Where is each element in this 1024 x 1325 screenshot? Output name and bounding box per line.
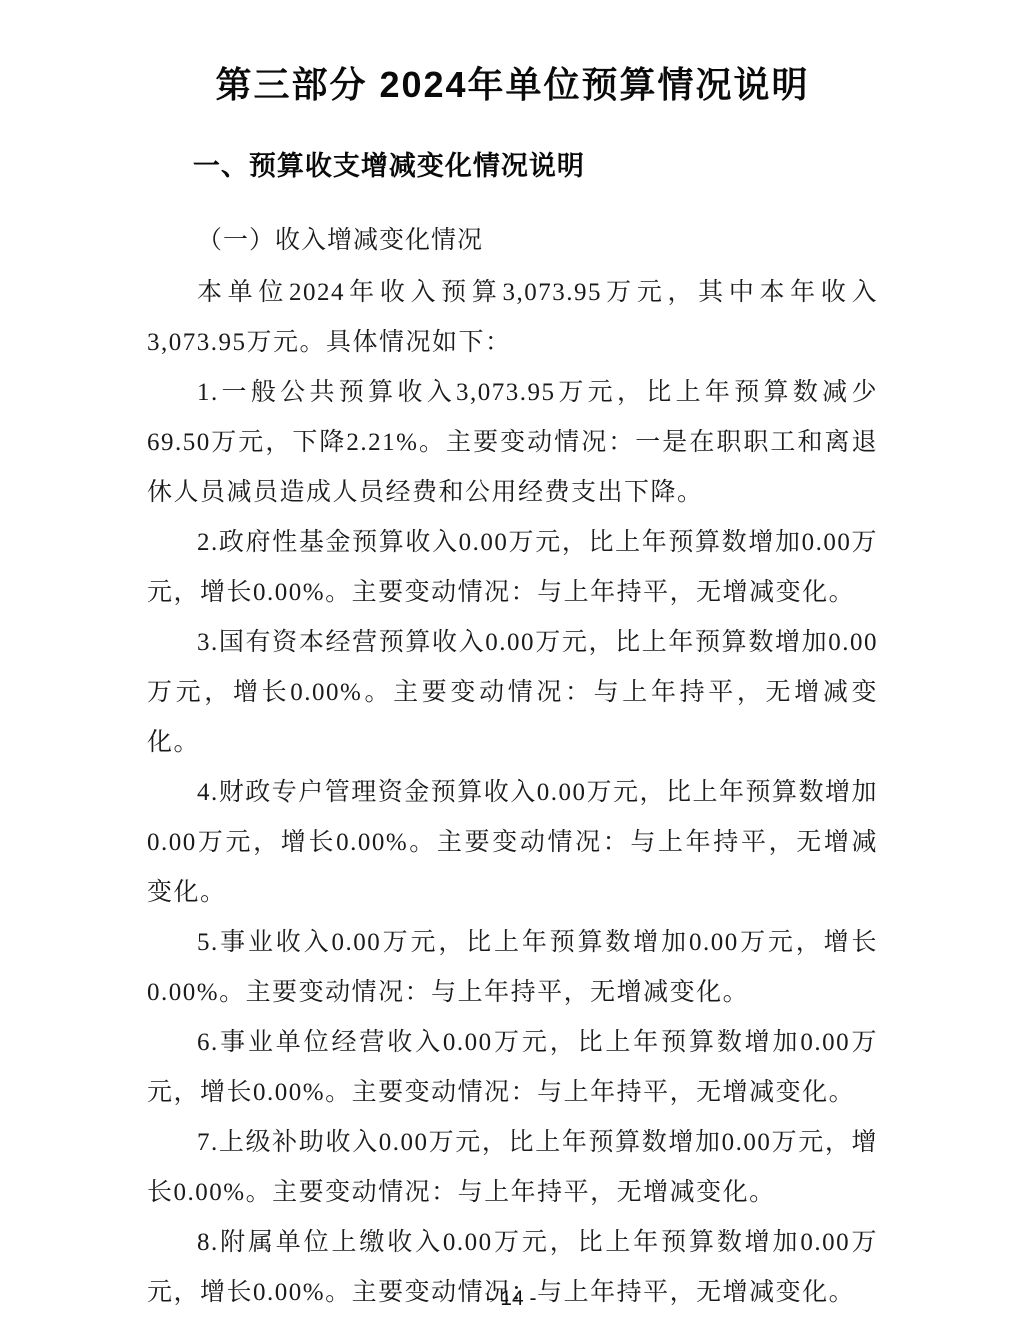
page-title: 第三部分 2024年单位预算情况说明 <box>147 62 878 108</box>
section-heading: 一、预算收支增减变化情况说明 <box>147 148 878 184</box>
paragraph-state-capital: 3.国有资本经营预算收入0.00万元，比上年预算数增加0.00万元，增长0.00… <box>147 618 878 768</box>
body-text: 本单位2024年收入预算3,073.95万元，其中本年收入3,073.95万元。… <box>147 268 878 1318</box>
paragraph-institution-income: 5.事业收入0.00万元，比上年预算数增加0.00万元，增长0.00%。主要变动… <box>147 918 878 1018</box>
document-page: 第三部分 2024年单位预算情况说明 一、预算收支增减变化情况说明 （一）收入增… <box>0 0 1024 1325</box>
document-content: 第三部分 2024年单位预算情况说明 一、预算收支增减变化情况说明 （一）收入增… <box>147 0 878 1318</box>
paragraph-superior-subsidy-income: 7.上级补助收入0.00万元，比上年预算数增加0.00万元，增长0.00%。主要… <box>147 1118 878 1218</box>
paragraph-institution-operating-income: 6.事业单位经营收入0.00万元，比上年预算数增加0.00万元，增长0.00%。… <box>147 1018 878 1118</box>
paragraph-government-fund: 2.政府性基金预算收入0.00万元，比上年预算数增加0.00万元，增长0.00%… <box>147 518 878 618</box>
paragraph-general-public-budget: 1.一般公共预算收入3,073.95万元，比上年预算数减少69.50万元，下降2… <box>147 368 878 518</box>
paragraph-fiscal-special-account: 4.财政专户管理资金预算收入0.00万元，比上年预算数增加0.00万元，增长0.… <box>147 768 878 918</box>
subsection-heading: （一）收入增减变化情况 <box>147 224 878 258</box>
paragraph-income-summary: 本单位2024年收入预算3,073.95万元，其中本年收入3,073.95万元。… <box>147 268 878 368</box>
page-number: - 14 - <box>0 1287 1024 1311</box>
